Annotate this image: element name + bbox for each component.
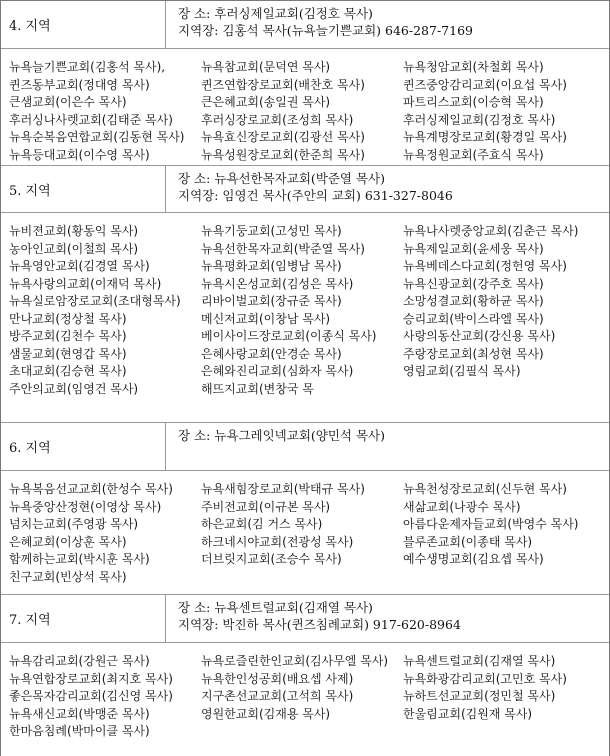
region-5-leader: 지역장: 임영건 목사(주안의 교회) 631-327-8046 xyxy=(178,187,609,204)
church-entry: 영림교회(김필식 목사) xyxy=(403,363,609,381)
church-entry xyxy=(201,723,403,741)
church-row: 샘물교회(현영갑 목사)은혜사랑교회(안경순 목사)주랑장로교회(최성현 목사) xyxy=(9,346,609,364)
church-entry: 주비전교회(이규본 목사) xyxy=(201,499,403,517)
church-row: 뉴욕실로암장로교회(조대형목사)리바이벌교회(장규준 목사)소망성결교회(황하균… xyxy=(9,293,609,311)
church-entry: 메신저교회(이창남 목사) xyxy=(201,311,403,329)
church-entry: 뉴비젼교회(황동익 목사) xyxy=(9,223,201,241)
church-entry: 뉴욕평화교회(임병남 목사) xyxy=(201,258,403,276)
church-entry: 농아인교회(이철희 목사) xyxy=(9,241,201,259)
region-5-place: 장 소: 뉴욕선한목자교회(박준열 목사) xyxy=(178,170,609,187)
region-7-place: 장 소: 뉴욕센트럴교회(김재열 목사) xyxy=(178,599,609,616)
church-entry: 뉴욕새신교회(박맹준 목사) xyxy=(9,706,201,724)
church-entry: 주랑장로교회(최성현 목사) xyxy=(403,346,609,364)
church-entry xyxy=(403,723,609,741)
church-entry: 퀸즈동부교회(정대영 목사) xyxy=(9,77,201,95)
region-4-header: 4. 지역 장 소: 후러싱제일교회(김정호 목사) 지역장: 김홍석 목사(뉴… xyxy=(1,1,609,49)
region-4-church-list: 뉴욕늘기쁜교회(김홍석 목사),뉴욕참교회(문덕연 목사)뉴욕청암교회(차철회 … xyxy=(1,49,609,166)
church-entry: 사랑의동산교회(강신용 목사) xyxy=(403,328,609,346)
church-entry: 한울림교회(김원재 목사) xyxy=(403,706,609,724)
church-entry: 뉴욕새힘장로교회(박태규 목사) xyxy=(201,481,403,499)
church-row: 농아인교회(이철희 목사)뉴욕선한목자교회(박준열 목사)뉴욕제일교회(윤세웅 … xyxy=(9,241,609,259)
church-entry: 큰샘교회(이은수 목사) xyxy=(9,94,201,112)
church-row: 뉴욕사랑의교회(이재덕 목사)뉴욕시온성교회(김성은 목사)뉴욕신광교회(강주호… xyxy=(9,276,609,294)
region-7-info: 장 소: 뉴욕센트럴교회(김재열 목사) 지역장: 박진하 목사(퀸즈침례교회)… xyxy=(166,595,609,642)
church-row: 뉴욕중앙산정현(이영상 목사)주비전교회(이규본 목사)새삶교회(나광수 목사) xyxy=(9,499,609,517)
church-row: 한마음침례(박마이클 목사) xyxy=(9,723,609,741)
church-entry: 후러싱나사렛교회(김태준 목사) xyxy=(9,112,201,130)
church-entry: 후러싱장로교회(조성희 목사) xyxy=(201,112,403,130)
church-entry: 더브릿지교회(조승수 목사) xyxy=(201,551,403,569)
church-entry: 영원한교회(김재용 목사) xyxy=(201,706,403,724)
church-entry: 주안의교회(임영건 목사) xyxy=(9,381,201,399)
region-4-leader: 지역장: 김홍석 목사(뉴욕늘기쁜교회) 646-287-7169 xyxy=(178,22,609,39)
church-entry: 파트리스교회(이승혁 목사) xyxy=(403,94,609,112)
church-row: 뉴비젼교회(황동익 목사)뉴욕기둥교회(고성민 목사)뉴욕나사렛중앙교회(김춘근… xyxy=(9,223,609,241)
church-entry: 뉴욕성원장로교회(한준희 목사) xyxy=(201,147,403,165)
church-row: 뉴욕연합장로교회(최지호 목사)뉴욕한인성공회(배요셉 사제)뉴욕화광감리교회(… xyxy=(9,671,609,689)
church-entry: 뉴욕시온성교회(김성은 목사) xyxy=(201,276,403,294)
church-entry: 새삶교회(나광수 목사) xyxy=(403,499,609,517)
church-entry: 뉴욕로즐린한인교회(김사무엘 목사) xyxy=(201,653,403,671)
church-entry: 넘치는교회(주영광 목사) xyxy=(9,516,201,534)
church-row: 은혜교회(이상훈 목사)하크네시야교회(전광성 목사)블루존교회(이종태 목사) xyxy=(9,534,609,552)
region-5-title: 5. 지역 xyxy=(1,166,166,212)
church-entry: 아름다운제자들교회(박영수 목사) xyxy=(403,516,609,534)
church-entry: 한마음침례(박마이클 목사) xyxy=(9,723,201,741)
church-entry: 뉴욕영안교회(김경열 목사) xyxy=(9,258,201,276)
church-entry: 뉴욕신광교회(강주호 목사) xyxy=(403,276,609,294)
region-5-info: 장 소: 뉴욕선한목자교회(박준열 목사) 지역장: 임영건 목사(주안의 교회… xyxy=(166,166,609,212)
church-entry: 샘물교회(현영갑 목사) xyxy=(9,346,201,364)
church-entry: 만나교회(정상철 목사) xyxy=(9,311,201,329)
church-entry: 뉴욕늘기쁜교회(김홍석 목사), xyxy=(9,59,201,77)
region-6-header: 6. 지역 장 소: 뉴욕그레잇넥교회(양민석 목사) xyxy=(1,423,609,471)
church-row: 초대교회(김승현 목사)은혜와진리교회(심화자 목사)영림교회(김필식 목사) xyxy=(9,363,609,381)
church-entry: 큰은혜교회(송일권 목사) xyxy=(201,94,403,112)
church-row: 뉴욕복음선교교회(한성수 목사)뉴욕새힘장로교회(박태규 목사)뉴욕천성장로교회… xyxy=(9,481,609,499)
church-row: 방주교회(김천수 목사)베이사이드장로교회(이종식 목사)사랑의동산교회(강신용… xyxy=(9,328,609,346)
church-row: 뉴욕등대교회(이수영 목사)뉴욕성원장로교회(한준희 목사) 뉴욕정원교회(주효… xyxy=(9,147,609,165)
church-entry: 뉴욕제일교회(윤세웅 목사) xyxy=(403,241,609,259)
region-5-church-list: 뉴비젼교회(황동익 목사)뉴욕기둥교회(고성민 목사)뉴욕나사렛중앙교회(김춘근… xyxy=(1,213,609,423)
church-entry: 뉴욕복음선교교회(한성수 목사) xyxy=(9,481,201,499)
church-row: 친구교회(빈상석 목사) xyxy=(9,569,609,587)
church-entry: 해뜨지교회(변창국 목 xyxy=(201,381,403,399)
church-entry: 뉴욕선한목자교회(박준열 목사) xyxy=(201,241,403,259)
church-row: 퀸즈동부교회(정대영 목사)퀸즈연합장로교회(배찬호 목사)퀸즈중앙감리교회(이… xyxy=(9,77,609,95)
church-entry: 은혜사랑교회(안경순 목사) xyxy=(201,346,403,364)
church-entry: 하은교회(김 거스 목사) xyxy=(201,516,403,534)
region-6-info: 장 소: 뉴욕그레잇넥교회(양민석 목사) xyxy=(166,423,609,470)
church-entry: 뉴욕화광감리교회(고민호 목사) xyxy=(403,671,609,689)
church-entry: 뉴욕참교회(문덕연 목사) xyxy=(201,59,403,77)
church-entry: 친구교회(빈상석 목사) xyxy=(9,569,201,587)
church-entry: 은혜교회(이상훈 목사) xyxy=(9,534,201,552)
church-row: 뉴욕늘기쁜교회(김홍석 목사),뉴욕참교회(문덕연 목사)뉴욕청암교회(차철회 … xyxy=(9,59,609,77)
church-entry: 베이사이드장로교회(이종식 목사) xyxy=(201,328,403,346)
church-entry: 뉴욕사랑의교회(이재덕 목사) xyxy=(9,276,201,294)
church-entry: 리바이벌교회(장규준 목사) xyxy=(201,293,403,311)
church-entry: 뉴욕정원교회(주효식 목사) xyxy=(403,147,609,165)
church-entry: 방주교회(김천수 목사) xyxy=(9,328,201,346)
region-6-church-list: 뉴욕복음선교교회(한성수 목사)뉴욕새힘장로교회(박태규 목사)뉴욕천성장로교회… xyxy=(1,471,609,595)
church-row: 뉴욕감리교회(강원근 목사)뉴욕로즐린한인교회(김사무엘 목사)뉴욕센트럴교회(… xyxy=(9,653,609,671)
church-entry: 소망성결교회(황하균 목사) xyxy=(403,293,609,311)
church-entry: 뉴욕실로암장로교회(조대형목사) xyxy=(9,293,201,311)
church-entry: 뉴욕나사렛중앙교회(김춘근 목사) xyxy=(403,223,609,241)
church-row: 뉴욕영안교회(김경열 목사)뉴욕평화교회(임병남 목사)뉴욕베데스다교회(정헌영… xyxy=(9,258,609,276)
church-entry: 뉴욕베데스다교회(정헌영 목사) xyxy=(403,258,609,276)
church-entry: 예수생명교회(김요셉 목사) xyxy=(403,551,609,569)
region-4-place: 장 소: 후러싱제일교회(김정호 목사) xyxy=(178,5,609,22)
region-7-header: 7. 지역 장 소: 뉴욕센트럴교회(김재열 목사) 지역장: 박진하 목사(퀸… xyxy=(1,595,609,643)
church-row: 넘치는교회(주영광 목사)하은교회(김 거스 목사)아름다운제자들교회(박영수 … xyxy=(9,516,609,534)
church-entry: 뉴욕순복음연합교회(김동현 목사) xyxy=(9,129,201,147)
church-entry: 뉴욕청암교회(차철회 목사) xyxy=(403,59,609,77)
region-7-leader: 지역장: 박진하 목사(퀸즈침례교회) 917-620-8964 xyxy=(178,616,609,633)
region-6-place: 장 소: 뉴욕그레잇넥교회(양민석 목사) xyxy=(178,427,609,444)
church-row: 큰샘교회(이은수 목사)큰은혜교회(송일권 목사)파트리스교회(이승혁 목사) xyxy=(9,94,609,112)
church-entry: 뉴욕한인성공회(배요셉 사제) xyxy=(201,671,403,689)
church-entry xyxy=(403,381,609,399)
church-entry: 퀸즈중앙감리교회(이요섭 목사) xyxy=(403,77,609,95)
church-row: 좋은목자감리교회(김신영 목사)지구촌선교교회(고석희 목사)뉴하트선교교회(정… xyxy=(9,688,609,706)
church-row: 뉴욕순복음연합교회(김동현 목사)뉴욕효신장로교회(김광선 목사)뉴욕계명장로교… xyxy=(9,129,609,147)
region-4-title: 4. 지역 xyxy=(1,1,166,48)
church-entry: 블루존교회(이종태 목사) xyxy=(403,534,609,552)
church-entry: 뉴욕등대교회(이수영 목사) xyxy=(9,147,201,165)
region-7-title: 7. 지역 xyxy=(1,595,166,642)
region-7-church-list: 뉴욕감리교회(강원근 목사)뉴욕로즐린한인교회(김사무엘 목사)뉴욕센트럴교회(… xyxy=(1,643,609,756)
church-entry: 뉴욕천성장로교회(신두현 목사) xyxy=(403,481,609,499)
church-entry xyxy=(201,569,403,587)
church-entry: 후러싱제일교회(김정호 목사) xyxy=(403,112,609,130)
region-4-info: 장 소: 후러싱제일교회(김정호 목사) 지역장: 김홍석 목사(뉴욕늘기쁜교회… xyxy=(166,1,609,48)
church-entry: 승리교회(박이스라엘 목사) xyxy=(403,311,609,329)
church-entry: 하크네시야교회(전광성 목사) xyxy=(201,534,403,552)
church-row: 후러싱나사렛교회(김태준 목사)후러싱장로교회(조성희 목사)후러싱제일교회(김… xyxy=(9,112,609,130)
church-entry: 지구촌선교교회(고석희 목사) xyxy=(201,688,403,706)
church-entry: 뉴욕계명장로교회(황경일 목사) xyxy=(403,129,609,147)
church-entry: 뉴욕연합장로교회(최지호 목사) xyxy=(9,671,201,689)
church-entry: 뉴욕센트럴교회(김재열 목사) xyxy=(403,653,609,671)
church-entry: 뉴욕효신장로교회(김광선 목사) xyxy=(201,129,403,147)
region-6-title: 6. 지역 xyxy=(1,423,166,470)
church-entry: 뉴욕감리교회(강원근 목사) xyxy=(9,653,201,671)
church-entry: 뉴욕중앙산정현(이영상 목사) xyxy=(9,499,201,517)
region-5-header: 5. 지역 장 소: 뉴욕선한목자교회(박준열 목사) 지역장: 임영건 목사(… xyxy=(1,166,609,213)
church-entry xyxy=(403,569,609,587)
church-entry: 함께하는교회(박시훈 목사) xyxy=(9,551,201,569)
church-entry: 뉴욕기둥교회(고성민 목사) xyxy=(201,223,403,241)
church-entry: 좋은목자감리교회(김신영 목사) xyxy=(9,688,201,706)
church-row: 주안의교회(임영건 목사) 해뜨지교회(변창국 목 xyxy=(9,381,609,399)
church-row: 만나교회(정상철 목사)메신저교회(이창남 목사)승리교회(박이스라엘 목사) xyxy=(9,311,609,329)
church-entry: 뉴하트선교교회(정민철 목사) xyxy=(403,688,609,706)
church-entry: 퀸즈연합장로교회(배찬호 목사) xyxy=(201,77,403,95)
region-directory-table: 4. 지역 장 소: 후러싱제일교회(김정호 목사) 지역장: 김홍석 목사(뉴… xyxy=(0,0,610,756)
church-entry: 초대교회(김승현 목사) xyxy=(9,363,201,381)
church-entry: 은혜와진리교회(심화자 목사) xyxy=(201,363,403,381)
church-row: 뉴욕새신교회(박맹준 목사)영원한교회(김재용 목사)한울림교회(김원재 목사) xyxy=(9,706,609,724)
church-row: 함께하는교회(박시훈 목사)더브릿지교회(조승수 목사) 예수생명교회(김요셉 … xyxy=(9,551,609,569)
